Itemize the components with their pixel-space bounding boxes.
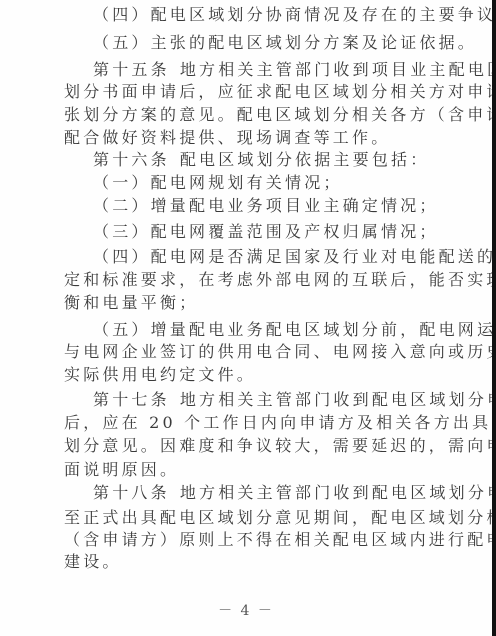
line-text: 建设。 [64,552,122,571]
line-text: 地方相关主管部门收到项目业主配电区域 [180,60,496,79]
article-number: 第十八条 [93,483,170,502]
text-line: （四）配电网是否满足国家及行业对电能配送的有关规 [93,246,426,268]
line-text: 至正式出具配电区域划分意见期间，配电区域划分相关各方 [64,508,496,527]
line-text: 实际供用电约定文件。 [64,365,256,384]
article-number: 第十七条 [93,390,170,409]
line-text: 划分意见。因难度和争议较大，需要延迟的，需向申请方书 [64,436,496,455]
line-text: （四）配电区域划分协商情况及存在的主要争议； [93,5,496,24]
text-line: （一）配电网规划有关情况； [93,172,426,194]
line-text: （一）配电网规划有关情况； [93,173,343,192]
line-text: 张划分方案的意见。配电区域划分相关各方（含申请方）应 [64,105,496,124]
text-line: 配合做好资料提供、现场调查等工作。 [64,127,426,149]
window-edge [492,0,496,636]
line-text: （四）配电网是否满足国家及行业对电能配送的有关规 [93,247,496,266]
article-line: 第十八条地方相关主管部门收到配电区域划分申请 [93,482,426,504]
line-text: （五）主张的配电区域划分方案及论证依据。 [93,33,477,52]
article-line: 第十六条配电区域划分依据主要包括： [93,149,426,171]
line-text: 后，应在 20 个工作日内向申请方及相关各方出具配电区域 [64,413,496,432]
text-line: 定和标准要求，在考虑外部电网的互联后，能否实现电力平 [64,269,426,291]
text-line: 面说明原因。 [64,459,426,481]
line-text: （三）配电网覆盖范围及产权归属情况； [93,222,439,241]
line-text: 划分书面申请后，应征求配电区域划分相关方对申请方所主 [64,82,496,101]
line-text: 地方相关主管部门收到配电区域划分申请 [180,390,496,409]
text-line: 建设。 [64,551,426,573]
text-line: 后，应在 20 个工作日内向申请方及相关各方出具配电区域 [64,412,426,434]
document-page: （四）配电区域划分协商情况及存在的主要争议；（五）主张的配电区域划分方案及论证依… [0,0,492,636]
text-line: 张划分方案的意见。配电区域划分相关各方（含申请方）应 [64,104,426,126]
text-line: 衡和电量平衡； [64,292,426,314]
text-line: 与电网企业签订的供用电合同、电网接入意向或历史形成的 [64,341,426,363]
line-text: 地方相关主管部门收到配电区域划分申请 [180,483,496,502]
line-text: 定和标准要求，在考虑外部电网的互联后，能否实现电力平 [64,270,496,289]
text-line: （二）增量配电业务项目业主确定情况； [93,195,426,217]
article-line: 第十五条地方相关主管部门收到项目业主配电区域 [93,59,426,81]
page-number: － 4 － [0,600,492,620]
line-text: 配合做好资料提供、现场调查等工作。 [64,128,390,147]
article-line: 第十七条地方相关主管部门收到配电区域划分申请 [93,389,426,411]
text-line: （五）增量配电业务配电区域划分前，配电网运营单位 [93,319,426,341]
line-text: 配电区域划分依据主要包括： [180,150,430,169]
line-text: （含申请方）原则上不得在相关配电区域内进行配电网施工 [64,530,496,549]
text-line: （含申请方）原则上不得在相关配电区域内进行配电网施工 [64,529,426,551]
line-text: （二）增量配电业务项目业主确定情况； [93,196,439,215]
text-line: 划分书面申请后，应征求配电区域划分相关方对申请方所主 [64,81,426,103]
line-text: 衡和电量平衡； [64,293,198,312]
text-line: （四）配电区域划分协商情况及存在的主要争议； [93,4,426,26]
text-line: （三）配电网覆盖范围及产权归属情况； [93,221,426,243]
line-text: 与电网企业签订的供用电合同、电网接入意向或历史形成的 [64,342,496,361]
text-line: （五）主张的配电区域划分方案及论证依据。 [93,32,426,54]
line-text: 面说明原因。 [64,460,179,479]
line-text: （五）增量配电业务配电区域划分前，配电网运营单位 [93,320,496,339]
text-line: 实际供用电约定文件。 [64,364,426,386]
text-line: 至正式出具配电区域划分意见期间，配电区域划分相关各方 [64,507,426,529]
article-number: 第十五条 [93,60,170,79]
text-line: 划分意见。因难度和争议较大，需要延迟的，需向申请方书 [64,435,426,457]
article-number: 第十六条 [93,150,170,169]
